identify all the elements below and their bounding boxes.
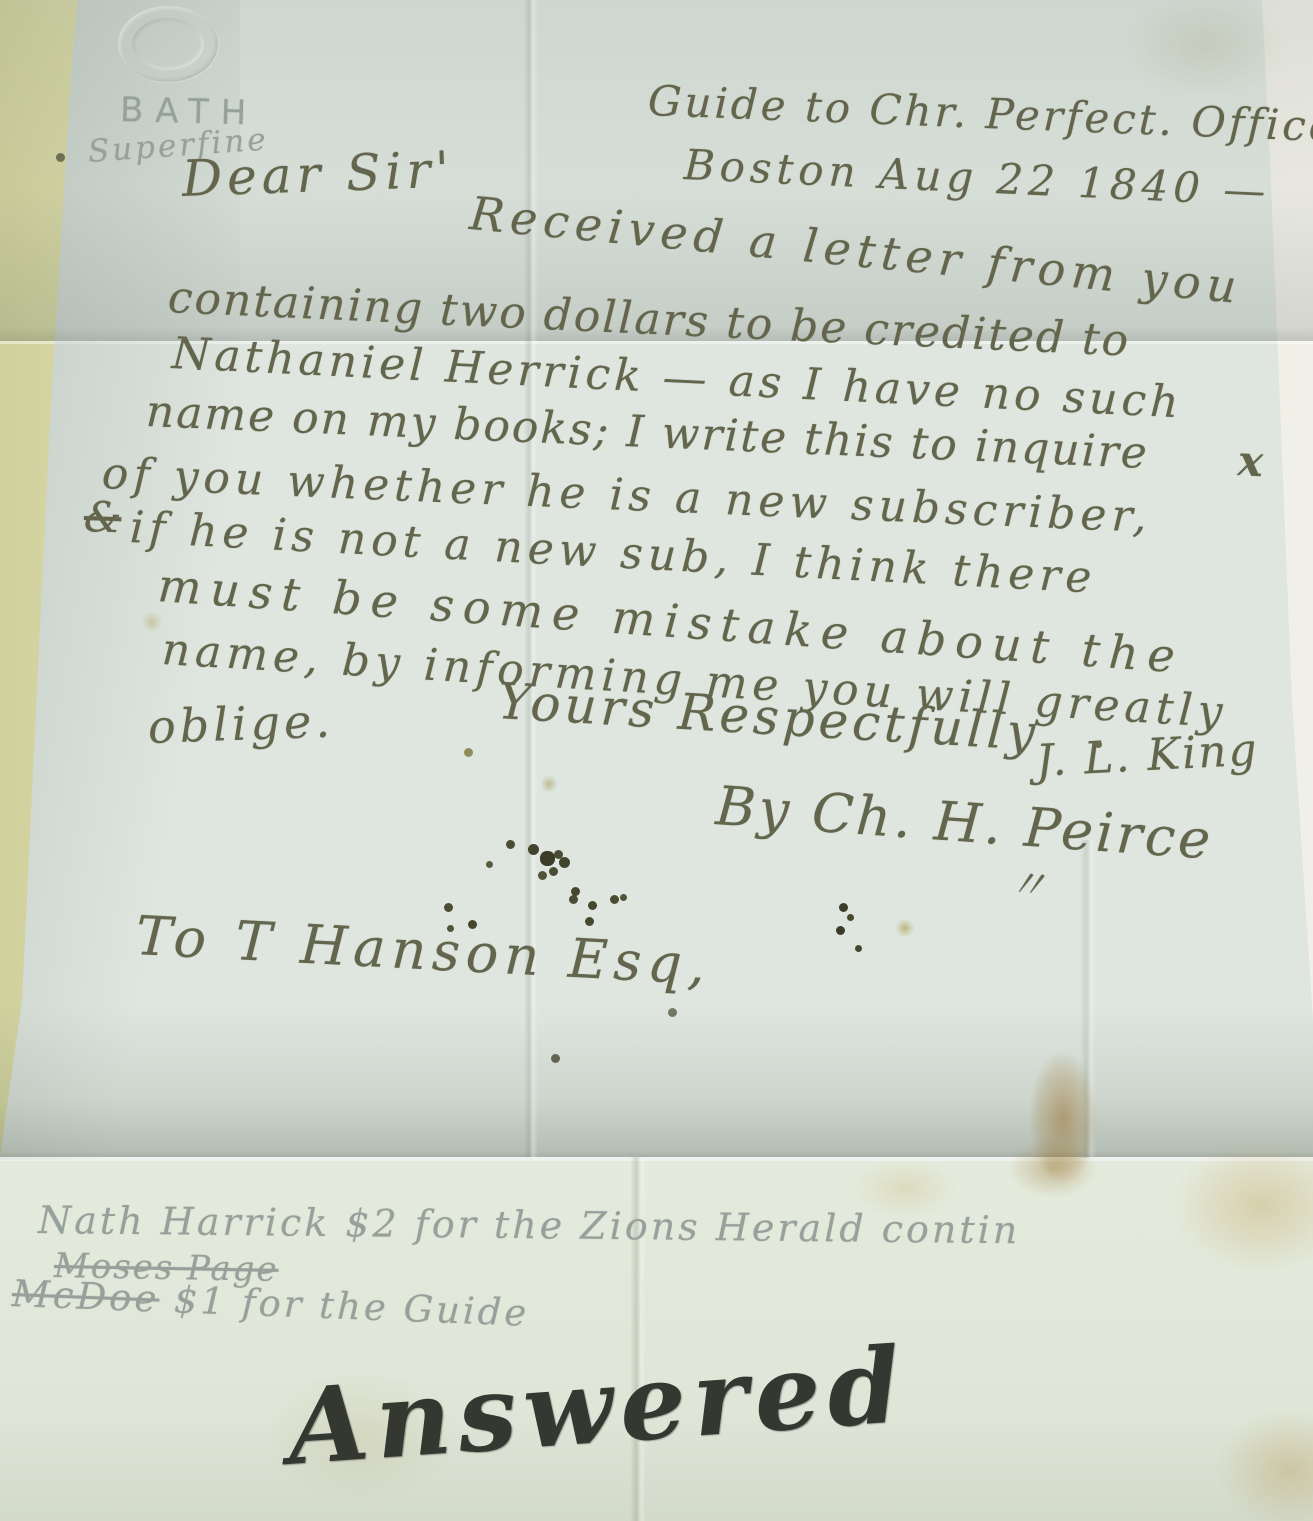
embossed-paper-seal bbox=[118, 6, 218, 82]
ink-spatter-dots bbox=[0, 0, 5, 5]
letter-body-line: oblige. bbox=[147, 694, 335, 754]
letter-photograph: BATH Superfine Guide to Chr. Perfect. Of… bbox=[0, 0, 1313, 1521]
inserted-x-mark: x bbox=[1237, 436, 1265, 486]
letter-salutation: Dear Sir' bbox=[181, 141, 455, 208]
pencil-docket-struck-word: McDoe bbox=[11, 1272, 160, 1321]
struck-ampersand-mark: & bbox=[83, 492, 122, 542]
ditto-flourish-mark: 〃 bbox=[1006, 852, 1050, 912]
